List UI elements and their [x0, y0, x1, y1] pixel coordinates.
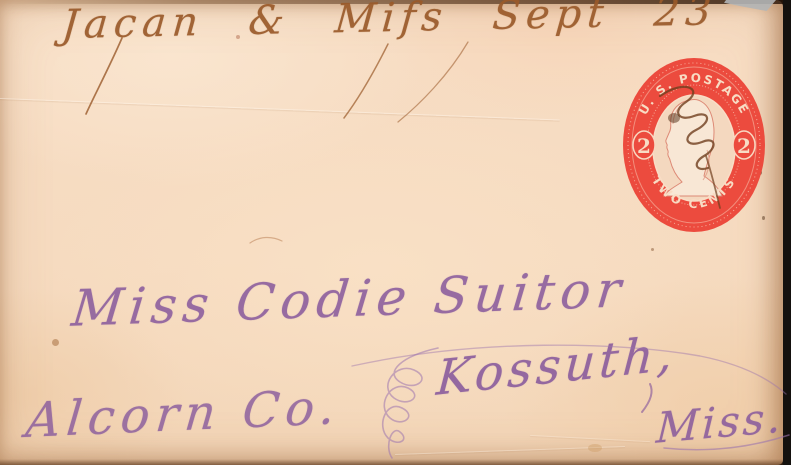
paper-stain — [651, 248, 654, 251]
address-state-line: Miss. — [655, 392, 785, 453]
envelope-bottom-edge-shadow — [0, 459, 783, 465]
stamp-numeral-left: 2 — [637, 134, 651, 158]
address-town-line: Kossuth, — [435, 325, 679, 407]
paper-crease — [530, 435, 650, 442]
scan-background: Jacan & Mifs Sept 23 Miss Codie Suitor K… — [0, 0, 791, 465]
address-recipient-line: Miss Codie Suitor — [69, 260, 630, 338]
paper-crease — [0, 98, 560, 120]
paper-stain — [52, 339, 59, 346]
docket-note: Jacan & Mifs Sept 23 — [60, 0, 719, 48]
ink-blot — [668, 113, 680, 123]
paper-stain — [588, 444, 602, 452]
address-county-line: Alcorn Co. — [23, 379, 343, 449]
postage-stamp: 2 2 U. S. POSTAGE TWO CENTS — [620, 56, 768, 236]
stamp-numeral-right: 2 — [737, 134, 751, 158]
